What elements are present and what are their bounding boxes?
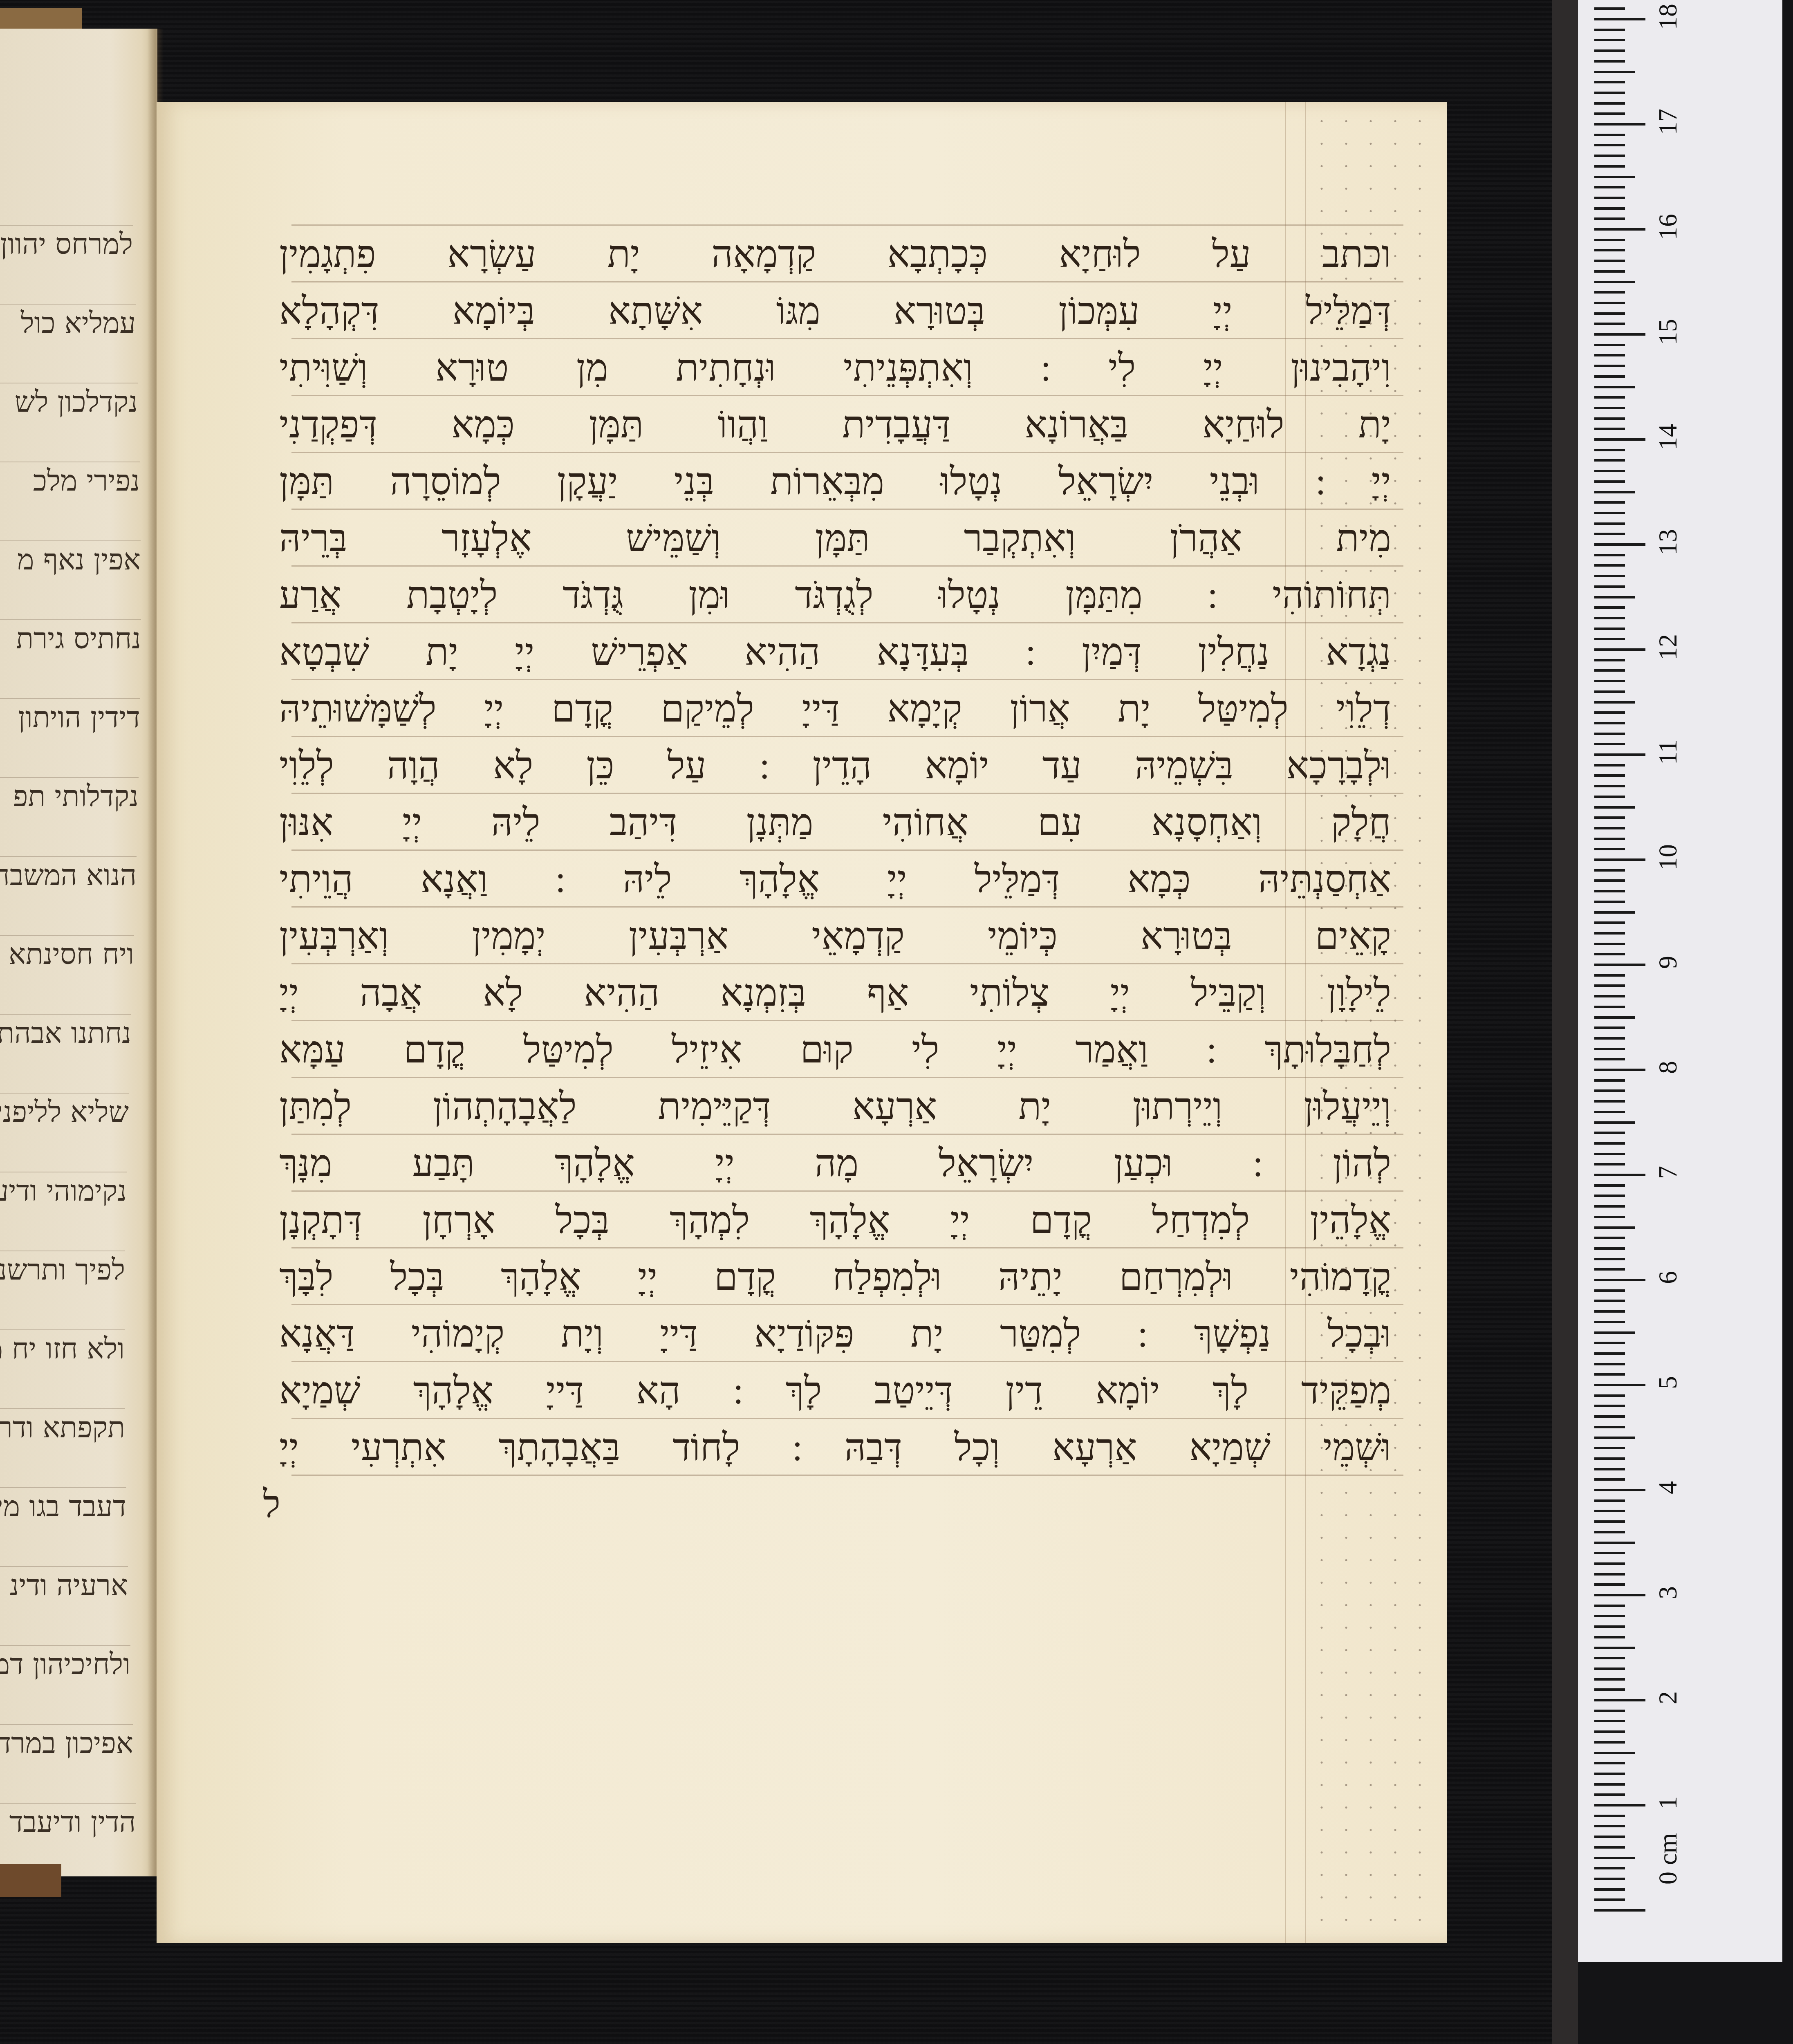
facing-page-text-line: נחתנו אבהתך לפ [0, 1014, 131, 1051]
ruler-mm-tick [1594, 890, 1625, 892]
facing-page-text-line: למרחס יהוון [0, 225, 133, 262]
ruler-mm-tick [1594, 554, 1625, 556]
ruler-cm-tick [1594, 1384, 1645, 1386]
ruler-mm-tick [1594, 1815, 1625, 1817]
ruler-mm-tick [1594, 722, 1625, 724]
manuscript-text-line: לְהוֹן ׃ וּכְעַן יִשְׂרָאֵל מָה יְיָ אֱל… [279, 1137, 1391, 1190]
ruler-mm-tick [1594, 1667, 1625, 1670]
manuscript-text-line: יְיָ ׃ וּבְנֵי יִשְׂרָאֵל נְטָלוּ מִבְּא… [279, 455, 1391, 508]
facing-page-text-line: שליא לליפני [0, 1093, 129, 1130]
ruler-mm-tick [1594, 1857, 1635, 1859]
ruler-mm-tick [1594, 1247, 1625, 1250]
ruler-mm-tick [1594, 701, 1635, 704]
ruler-mm-tick [1594, 1289, 1625, 1292]
facing-page-text-line: נקדלכון לש [0, 383, 138, 420]
ruled-line [291, 736, 1403, 737]
ruler-mm-tick [1594, 1773, 1625, 1775]
manuscript-text-line: נַגְדָא נַחֲלִין דְּמַיִן ׃ בְּעִדָּנָא … [279, 625, 1391, 679]
main-text-block: וכתב עַל לוּחַיָא כְּכָתְבָא קַדְמָאָה י… [279, 102, 1403, 1943]
ruled-line [291, 338, 1403, 339]
manuscript-text-line: מִית אַהֲרֹן וְאִתְקְבַר תַּמָּן וְשַׁמֵ… [279, 512, 1391, 565]
ruler-mm-tick [1594, 176, 1635, 178]
ruler-mm-tick [1594, 428, 1625, 430]
ruler-mm-tick [1594, 596, 1635, 598]
ruler-mm-tick [1594, 1888, 1625, 1891]
manuscript-page: וכתב עַל לוּחַיָא כְּכָתְבָא קַדְמָאָה י… [157, 102, 1447, 1943]
ruler-mm-tick [1594, 796, 1625, 798]
ruler-mm-tick [1594, 1710, 1625, 1712]
ruler-mm-tick [1594, 995, 1625, 997]
ruler-mm-tick [1594, 838, 1625, 840]
facing-page-text-line: ולחיכיהון דמ [0, 1645, 130, 1683]
ruler-mm-tick [1594, 7, 1625, 10]
manuscript-text-line: וּשְׁמֵי שְׁמַיָא אַרְעָא וְכָל דְּבַהּ … [279, 1421, 1391, 1474]
ruled-line [291, 1475, 1403, 1476]
ruler-mm-tick [1594, 207, 1625, 210]
ruled-line [291, 1134, 1403, 1135]
ruler-mm-tick [1594, 816, 1625, 819]
ruler-label: 3 [1653, 1568, 1683, 1617]
ruler-mm-tick [1594, 459, 1625, 462]
ruler-label: 8 [1653, 1043, 1683, 1092]
ruler-mm-tick [1594, 354, 1625, 356]
ruler-mm-tick [1594, 733, 1625, 735]
ruler-cm-tick [1594, 123, 1645, 126]
ruled-line [291, 1247, 1403, 1248]
ruler-mm-tick [1594, 1678, 1625, 1681]
ruler-mm-tick [1594, 323, 1625, 325]
ruler-mm-tick [1594, 1542, 1635, 1544]
ruler-mm-tick [1594, 386, 1635, 388]
ruler-label: 6 [1653, 1253, 1683, 1302]
facing-page-text-line: נחתיס גירת [0, 619, 141, 657]
ruler-mm-tick [1594, 260, 1625, 262]
ruler-mm-tick [1594, 92, 1625, 94]
ruler-mm-tick [1594, 281, 1635, 283]
ruler-mm-tick [1594, 669, 1625, 672]
ruler-mm-tick [1594, 1237, 1625, 1239]
ruler-label: 1 [1653, 1778, 1683, 1827]
ruler-mm-tick [1594, 711, 1625, 714]
ruler-mm-tick [1594, 29, 1625, 31]
ruler-mm-tick [1594, 764, 1625, 766]
ruler-label: 11 [1653, 728, 1683, 777]
ruler-mm-tick [1594, 1153, 1625, 1155]
ruler-mm-tick [1594, 1405, 1625, 1407]
ruler-mm-tick [1594, 1898, 1625, 1901]
ruler-mm-tick [1594, 197, 1625, 199]
ruler-mm-tick [1594, 1437, 1635, 1439]
ruler-label: 16 [1653, 202, 1683, 251]
manuscript-text-line: אַחְסַנְתֵּיהּ כְּמָא דְּמַלֵּיל יְיָ אֱ… [279, 853, 1391, 906]
ruler-mm-tick [1594, 1636, 1625, 1638]
ruler-mm-tick [1594, 1352, 1625, 1355]
manuscript-text-line: וּבְכָל נַפְשָׁךְ ׃ לְמִטַּר יָת פִּקּוֹ… [279, 1307, 1391, 1360]
ruler-mm-tick [1594, 680, 1625, 682]
manuscript-text-line: חֲלָק וְאַחְסָנָא עִם אֲחוֹהִי מַתְּנָן … [279, 796, 1391, 849]
ruler-mm-tick [1594, 291, 1625, 294]
ruler-cm-tick [1594, 333, 1645, 336]
manuscript-text-line: דְלֵוִי לְמִיטַּל יָת אֲרוֹן קְיָמָא דַּ… [279, 682, 1391, 735]
ruler-mm-tick [1594, 1310, 1625, 1313]
ruled-line [291, 452, 1403, 453]
ruled-line [291, 793, 1403, 794]
ruler-mm-tick [1594, 974, 1625, 977]
ruler-mm-tick [1594, 1583, 1625, 1586]
ruler-mm-tick [1594, 827, 1625, 829]
ruler-mm-tick [1594, 1300, 1625, 1302]
ruler-mm-tick [1594, 1720, 1625, 1722]
ruled-line [291, 963, 1403, 964]
facing-page-text-line: אפיכון במרדפ [0, 1724, 133, 1762]
manuscript-text-line: וִיהָבִינוּן יְיָ לִי ׃ וְאִתְפְּנֵיתִי … [279, 341, 1391, 394]
ruler-mm-tick [1594, 638, 1625, 640]
ruler-mm-tick [1594, 134, 1625, 136]
ruler-mm-tick [1594, 270, 1625, 273]
ruled-line [291, 1418, 1403, 1419]
ruler-mm-tick [1594, 449, 1625, 451]
ruler-mm-tick [1594, 1825, 1625, 1827]
manuscript-text-line: יָת לוּחַיָא בַּאֲרוֹנָא דַּעֲבָדִית וַה… [279, 398, 1391, 451]
ruler-cm-tick [1594, 228, 1645, 231]
ruled-line [291, 224, 1403, 226]
ruler-mm-tick [1594, 1730, 1625, 1733]
ruler-mm-tick [1594, 1552, 1625, 1554]
left-facing-page: למרחס יהווןעמליא כולנקדלכון לשנפירי מלכא… [0, 29, 157, 1876]
ruler-mm-tick [1594, 1163, 1625, 1165]
facing-page-text-line: עמליא כול [0, 304, 136, 341]
ruler-mm-tick [1594, 1793, 1625, 1796]
ruler-mm-tick [1594, 1321, 1625, 1323]
ruler-mm-tick [1594, 1625, 1625, 1628]
ruler-mm-tick [1594, 522, 1625, 525]
manuscript-text-line: ל [263, 1478, 296, 1531]
ruler-mm-tick [1594, 1741, 1625, 1744]
ruler-mm-tick [1594, 1226, 1635, 1229]
ruler-mm-tick [1594, 921, 1625, 924]
ruler-mm-tick [1594, 1426, 1625, 1428]
ruler-mm-tick [1594, 249, 1625, 251]
ruler-mm-tick [1594, 901, 1625, 903]
ruler-mm-tick [1594, 144, 1625, 146]
ruler-mm-tick [1594, 49, 1625, 52]
ruler-cm-tick [1594, 964, 1645, 966]
ruler-cm-tick [1594, 648, 1645, 651]
ruler-mm-tick [1594, 533, 1625, 535]
manuscript-text-line: לֵילָוָן וְקַבֵּיל יְיָ צְלוֹתִי אַף בְּ… [279, 966, 1391, 1020]
manuscript-text-line: מְפַקֵּיד לָךְ יוֹמָא דֵין דְּיֵיטַב לָך… [279, 1364, 1391, 1417]
ruler-mm-tick [1594, 785, 1625, 787]
ruler-cm-tick [1594, 1699, 1645, 1701]
ruler-mm-tick [1594, 879, 1625, 882]
ruler-cm-tick [1594, 18, 1645, 20]
ruler-mm-tick [1594, 1111, 1625, 1113]
manuscript-text-line: קֳדָמוֹהִי וּלְמִרְחַם יָתֵיהּ וּלְמִפְל… [279, 1251, 1391, 1304]
facing-page-text-line: אפין נאף מ [0, 540, 141, 578]
ruler-mm-tick [1594, 617, 1625, 619]
ruler-mm-tick [1594, 344, 1625, 346]
ruler-mm-tick [1594, 1447, 1625, 1449]
facing-page-text-line: ולא חזו יח מ [0, 1329, 125, 1367]
ruler-mm-tick [1594, 774, 1625, 777]
facing-page-text-line: ויח חסינתא הר [0, 935, 134, 973]
ruler-cm-tick [1594, 1594, 1645, 1596]
ruler-label: 10 [1653, 833, 1683, 882]
ruler-mm-tick [1594, 585, 1625, 588]
ruler-mm-tick [1594, 690, 1625, 693]
binding-leather-bottom [0, 1864, 61, 1897]
ruler-mm-tick [1594, 1657, 1625, 1659]
ruler-mm-tick [1594, 1037, 1625, 1040]
ruler-label: 13 [1653, 518, 1683, 567]
ruler-cm-tick [1594, 1489, 1645, 1491]
ruler-cm-tick [1594, 753, 1645, 756]
manuscript-text-line: לְחַבָּלוּתָךְ ׃ וַאֲמַר יְיָ לִי קוּם א… [279, 1023, 1391, 1076]
facing-page-text-line: נפירי מלכ [0, 462, 140, 499]
ruled-line [291, 509, 1403, 510]
facing-page-text-line: נקימוהי ודיעה [0, 1172, 127, 1209]
ruler-mm-tick [1594, 743, 1625, 745]
ruler-label: 14 [1653, 412, 1683, 462]
ruled-line [291, 565, 1403, 567]
ruler-mm-tick [1594, 71, 1635, 73]
facing-page-text-line: דעבד בגו מיש [0, 1487, 126, 1525]
ruled-line [291, 679, 1403, 680]
ruler-mm-tick [1594, 491, 1635, 493]
ruler-mm-tick [1594, 312, 1625, 315]
facing-page-text-line: הנוא המשבח [0, 856, 137, 894]
ruler-mm-tick [1594, 932, 1625, 935]
ruler-cm-tick [1594, 1069, 1645, 1071]
ruler-mm-tick [1594, 1100, 1625, 1103]
ruled-line [291, 1304, 1403, 1305]
ruler-mm-tick [1594, 1752, 1635, 1754]
ruler-label: 12 [1653, 623, 1683, 672]
manuscript-text-line: דְּמַלֵּיל יְיָ עִמְּכוֹן בְּטוּרָא מִגּ… [279, 285, 1391, 338]
ruler-mm-tick [1594, 1048, 1625, 1050]
ruler-mm-tick [1594, 512, 1625, 514]
ruler-cm-tick [1594, 858, 1645, 861]
ruler-mm-tick [1594, 112, 1625, 115]
ruler-mm-tick [1594, 1394, 1625, 1397]
manuscript-text-line: קָאֵים בְּטוּרָא כְּיוֹמֵי קַדְמָאֵי אַר… [279, 910, 1391, 963]
ruler-mm-tick [1594, 575, 1625, 577]
ruler-mm-tick [1594, 417, 1625, 420]
ruler-mm-tick [1594, 1006, 1625, 1008]
ruler-cm-tick [1594, 543, 1645, 546]
ruler-mm-tick [1594, 1016, 1635, 1019]
ruler-mm-tick [1594, 1520, 1625, 1523]
ruler-label: 18 [1653, 0, 1683, 41]
ruler-mm-tick [1594, 396, 1625, 399]
ruler-cm-tick [1594, 438, 1645, 441]
ruler-cm-tick [1594, 1909, 1645, 1912]
ruled-line [291, 906, 1403, 908]
facing-page-text-line: דידין הויתון [0, 698, 140, 736]
ruler-cm-tick [1594, 1279, 1645, 1281]
ruler-label: 7 [1653, 1148, 1683, 1197]
ruled-line [291, 395, 1403, 396]
ruler-mm-tick [1594, 1562, 1625, 1565]
ruler-mm-tick [1594, 1026, 1625, 1029]
facing-page-text-line: הדין ודיעבד ל [0, 1803, 136, 1840]
manuscript-text-line: וְיֵיעֲלוּן וְיֵירְתוּן יָת אַרְעָא דְּק… [279, 1080, 1391, 1133]
ruler-mm-tick [1594, 1605, 1625, 1607]
ruler-mm-tick [1594, 911, 1635, 914]
ruler-mm-tick [1594, 501, 1625, 504]
ruler-backing-strip [1552, 0, 1578, 2044]
ruler-mm-tick [1594, 1268, 1625, 1271]
ruler-mm-tick [1594, 1184, 1625, 1187]
ruler-mm-tick [1594, 102, 1625, 105]
manuscript-text-line: וכתב עַל לוּחַיָא כְּכָתְבָא קַדְמָאָה י… [279, 228, 1391, 281]
ruler-mm-tick [1594, 470, 1625, 472]
centimetre-ruler: 0 cm123456789101112131415161718 [1578, 0, 1782, 1962]
ruler-mm-tick [1594, 1468, 1625, 1470]
ruler-mm-tick [1594, 186, 1625, 188]
ruler-mm-tick [1594, 1195, 1625, 1197]
ruler-mm-tick [1594, 1331, 1635, 1334]
ruled-line [291, 849, 1403, 851]
ruler-mm-tick [1594, 1058, 1625, 1060]
ruler-cm-tick [1594, 1804, 1645, 1806]
manuscript-text-line: אֱלָהֵין לְמִדְחַל קֳדָם יְיָ אֱלָהָךְ ל… [279, 1194, 1391, 1247]
ruler-mm-tick [1594, 1531, 1625, 1533]
facing-page-text-line: נקדלותי תפ [0, 777, 139, 815]
ruler-cm-tick [1594, 1174, 1645, 1176]
ruler-mm-tick [1594, 1363, 1625, 1365]
ruler-mm-tick [1594, 81, 1625, 83]
ruler-mm-tick [1594, 1573, 1625, 1576]
ruler-label: 15 [1653, 307, 1683, 356]
facing-page-text-line: לפיך ותרשנן יו [0, 1251, 125, 1288]
ruled-line [291, 1077, 1403, 1078]
ruler-mm-tick [1594, 1142, 1625, 1145]
ruled-line [291, 1020, 1403, 1021]
ruler-mm-tick [1594, 1121, 1635, 1124]
ruler-mm-tick [1594, 1510, 1625, 1512]
ruler-mm-tick [1594, 848, 1625, 850]
ruler-label: 4 [1653, 1463, 1683, 1512]
ruler-mm-tick [1594, 564, 1625, 567]
ruler-mm-tick [1594, 628, 1625, 630]
ruler-mm-tick [1594, 984, 1625, 987]
ruler-label: 9 [1653, 938, 1683, 987]
ruler-mm-tick [1594, 1878, 1625, 1880]
ruler-mm-tick [1594, 1205, 1625, 1208]
ruler-mm-tick [1594, 1258, 1625, 1260]
ruled-line [291, 1190, 1403, 1192]
ruler-mm-tick [1594, 806, 1635, 809]
ruler-mm-tick [1594, 155, 1625, 157]
ruler-mm-tick [1594, 953, 1625, 955]
ruler-mm-tick [1594, 943, 1625, 945]
ruler-mm-tick [1594, 1478, 1625, 1481]
ruler-label: 2 [1653, 1673, 1683, 1722]
ruled-line [291, 281, 1403, 282]
ruler-label: 5 [1653, 1358, 1683, 1407]
facing-page-text-line: תקפתא ודרעיה [0, 1408, 125, 1446]
ruler-mm-tick [1594, 1216, 1625, 1218]
ruler-mm-tick [1594, 1783, 1625, 1786]
ruler-mm-tick [1594, 407, 1625, 409]
manuscript-text-line: תְּחוֹתוֹהִי ׃ מִתַּמָּן נְטָלוּ לְגֻדְג… [279, 569, 1391, 622]
ruler-mm-tick [1594, 375, 1625, 378]
ruler-mm-tick [1594, 606, 1625, 609]
ruler-mm-tick [1594, 1836, 1625, 1838]
ruler-mm-tick [1594, 1647, 1635, 1649]
ruler-mm-tick [1594, 302, 1625, 304]
ruler-mm-tick [1594, 1846, 1625, 1849]
ruled-line [291, 622, 1403, 623]
ruler-label: 17 [1653, 97, 1683, 146]
ruler-mm-tick [1594, 1415, 1625, 1418]
ruler-mm-tick [1594, 480, 1625, 483]
ruler-mm-tick [1594, 1615, 1625, 1617]
ruler-mm-tick [1594, 217, 1625, 220]
ruler-mm-tick [1594, 1089, 1625, 1092]
ruler-mm-tick [1594, 1373, 1625, 1376]
ruler-mm-tick [1594, 1342, 1625, 1344]
manuscript-text-line: וּלְבָרָכָא בִּשְׁמֵיהּ עַד יוֹמָא הָדֵי… [279, 739, 1391, 792]
ruler-mm-tick [1594, 1762, 1625, 1764]
ruler-mm-tick [1594, 1688, 1625, 1691]
ruler-mm-tick [1594, 60, 1625, 63]
ruler-mm-tick [1594, 39, 1625, 41]
ruler-mm-tick [1594, 1079, 1625, 1082]
facing-page-text-line: ארעיה ודינ [0, 1566, 128, 1604]
ruler-mm-tick [1594, 869, 1625, 872]
ruler-mm-tick [1594, 239, 1625, 241]
ruler-mm-tick [1594, 659, 1625, 661]
ruler-mm-tick [1594, 1457, 1625, 1460]
ruler-mm-tick [1594, 365, 1625, 367]
ruled-line [291, 1361, 1403, 1362]
ruler-mm-tick [1594, 1867, 1625, 1869]
ruler-mm-tick [1594, 1132, 1625, 1134]
ruler-mm-tick [1594, 165, 1625, 168]
ruler-mm-tick [1594, 1499, 1625, 1502]
